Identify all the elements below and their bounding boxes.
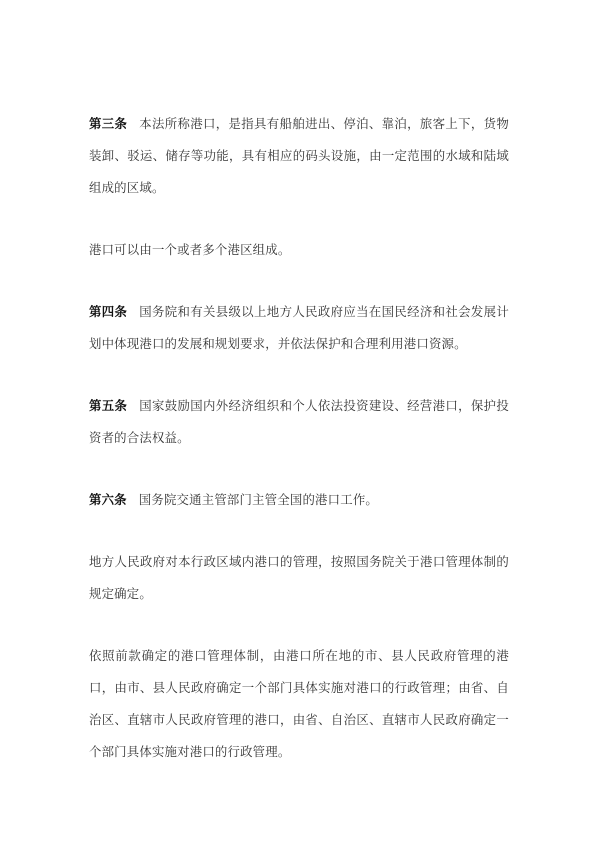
paragraph-article-5: 第五条国家鼓励国内外经济组织和个人依法投资建设、经营港口，保护投资者的合法权益。 [89, 390, 509, 454]
article-label: 第六条 [89, 492, 127, 507]
paragraph-text: 国务院交通主管部门主管全国的港口工作。 [139, 492, 378, 507]
paragraph-article-3: 第三条本法所称港口，是指具有船舶进出、停泊、靠泊，旅客上下，货物装卸、驳运、储存… [89, 108, 509, 204]
paragraph-text: 国务院和有关县级以上地方人民政府应当在国民经济和社会发展计划中体现港口的发展和规… [89, 304, 509, 351]
paragraph-article-4: 第四条国务院和有关县级以上地方人民政府应当在国民经济和社会发展计划中体现港口的发… [89, 296, 509, 360]
paragraph-text: 国家鼓励国内外经济组织和个人依法投资建设、经营港口，保护投资者的合法权益。 [89, 398, 509, 445]
paragraph-text: 地方人民政府对本行政区域内港口的管理，按照国务院关于港口管理体制的规定确定。 [89, 554, 509, 601]
paragraph-article-6-clause-3: 依照前款确定的港口管理体制，由港口所在地的市、县人民政府管理的港口，由市、县人民… [89, 640, 509, 768]
article-label: 第四条 [89, 304, 127, 319]
paragraph-article-3-clause-2: 港口可以由一个或者多个港区组成。 [89, 234, 509, 266]
paragraph-text: 本法所称港口，是指具有船舶进出、停泊、靠泊，旅客上下，货物装卸、驳运、储存等功能… [89, 116, 509, 195]
paragraph-text: 依照前款确定的港口管理体制，由港口所在地的市、县人民政府管理的港口，由市、县人民… [89, 648, 509, 759]
paragraph-text: 港口可以由一个或者多个港区组成。 [89, 242, 290, 257]
article-label: 第五条 [89, 398, 127, 413]
paragraph-article-6-clause-2: 地方人民政府对本行政区域内港口的管理，按照国务院关于港口管理体制的规定确定。 [89, 546, 509, 610]
article-label: 第三条 [89, 116, 127, 131]
paragraph-article-6: 第六条国务院交通主管部门主管全国的港口工作。 [89, 484, 509, 516]
document-body: 第三条本法所称港口，是指具有船舶进出、停泊、靠泊，旅客上下，货物装卸、驳运、储存… [89, 108, 509, 768]
